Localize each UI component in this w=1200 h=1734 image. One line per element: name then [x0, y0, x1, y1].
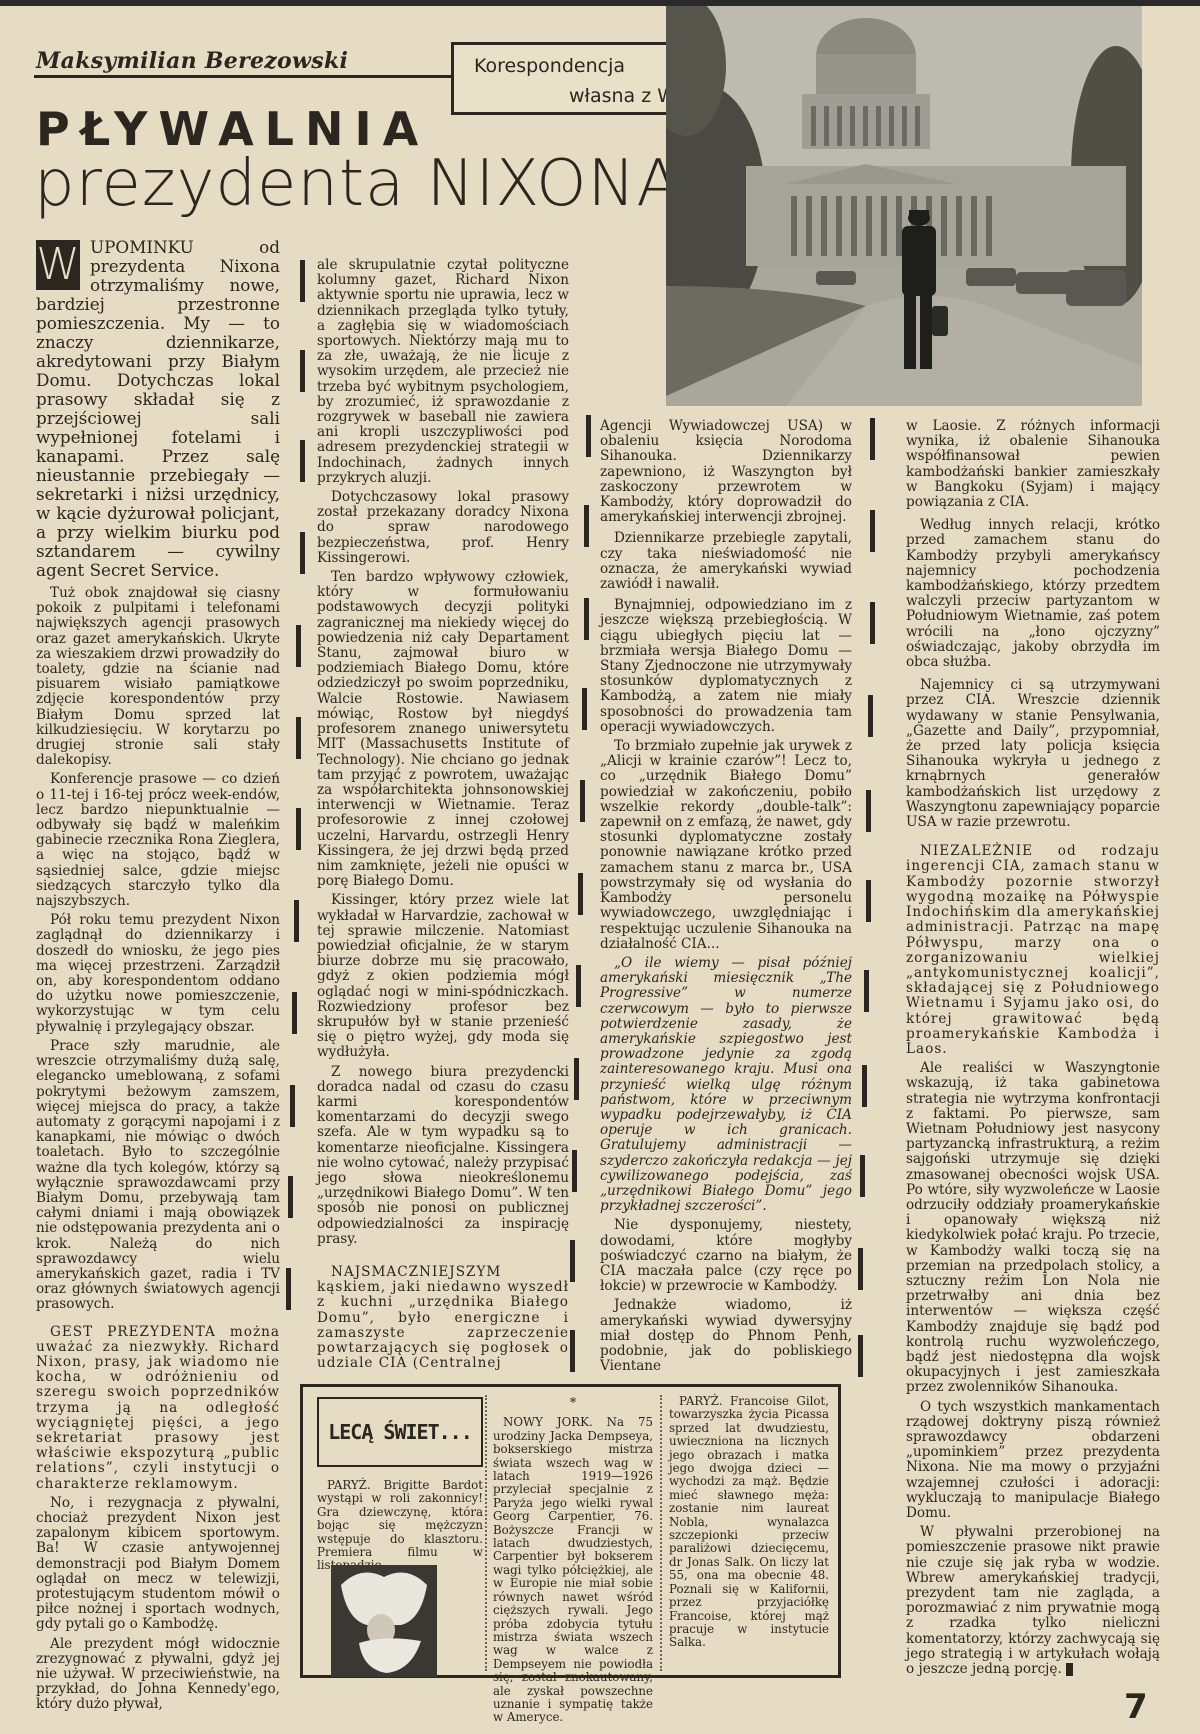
paragraph: Kissinger, który przez wiele lat wykłada… [317, 893, 569, 1060]
article-column-2: ale skrupulatnie czytał polityczne kolum… [317, 258, 569, 1375]
article-column-4: w Laosie. Z różnych informacji wynika, i… [906, 419, 1160, 1681]
column-divider-mark [570, 1240, 575, 1282]
paragraph: W pływalni przerobionej na pomieszczenie… [906, 1525, 1160, 1677]
column-divider-mark [870, 418, 875, 460]
column-divider-mark [296, 625, 301, 667]
column-divider-mark [288, 1176, 293, 1218]
column-divider-mark [864, 970, 869, 1012]
paragraph: No, i rezygnacja z pływalni, chociaż pre… [36, 1496, 280, 1633]
capitol-photo [666, 6, 1142, 406]
sidebox-column-1: PARYŻ. Brigitte Bardot wystąpi w roli za… [317, 1479, 483, 1577]
paragraph: Z nowego biura prezydencki doradca nadal… [317, 1065, 569, 1247]
drop-cap: W [36, 240, 80, 290]
column-divider-mark [870, 510, 875, 552]
column-divider-mark [866, 790, 871, 832]
column-divider-mark [862, 1065, 867, 1107]
news-item-new-york-dempsey: NOWY JORK. Na 75 urodziny Jacka Dempseya… [493, 1416, 653, 1724]
sidebox-dotted-divider [660, 1395, 662, 1671]
column-divider-mark [300, 260, 305, 302]
correspondence-line-1: Korespondencja [474, 55, 625, 77]
paragraph: „O ile wiemy — pisał później amerykański… [600, 956, 852, 1214]
paragraph: Dotychczasowy lokal prasowy został przek… [317, 490, 569, 566]
column-divider-mark [300, 440, 305, 482]
paragraph: Pół roku temu prezydent Nixon zaglądnął … [36, 913, 280, 1035]
byline-rule [34, 75, 452, 78]
sidebox-title-box: LECĄ ŚWIET... [317, 1397, 483, 1467]
news-item-paris-gilot: PARYŻ. Francoise Gilot, towarzyszka życi… [669, 1395, 829, 1650]
article-column-1: W UPOMINKU od prezydenta Nixona otrzymal… [36, 238, 280, 1717]
paragraph: Ale prezydent mógł widocznie zrezygnować… [36, 1637, 280, 1713]
paragraph: ale skrupulatnie czytał polityczne kolum… [317, 258, 569, 486]
column-divider-mark [584, 505, 589, 547]
column-divider-mark [286, 1268, 291, 1310]
article-column-3: Agencji Wywiadowczej USA) w obaleniu ksi… [600, 419, 852, 1378]
author-byline: Maksymilian Berezowski [36, 48, 348, 74]
column-divider-mark [582, 688, 587, 730]
paragraph: w Laosie. Z różnych informacji wynika, i… [906, 419, 1160, 510]
news-sidebox: LECĄ ŚWIET... PARYŻ. Brigitte Bardot wys… [300, 1384, 841, 1678]
nun-portrait-illustration [331, 1565, 437, 1677]
column-divider-mark [570, 1330, 575, 1372]
column-divider-mark [296, 808, 301, 850]
paragraph: Nie dysponujemy, niestety, dowodami, któ… [600, 1218, 852, 1294]
section-lead-paragraph: NIEZALEŻNIE od rodzaju ingerencji CIA, z… [906, 844, 1160, 1057]
column-divider-mark [580, 780, 585, 822]
news-item-paris-bardot: PARYŻ. Brigitte Bardot wystąpi w roli za… [317, 1479, 483, 1573]
paragraph: Bynajmniej, odpowiedziano im z jeszcze w… [600, 598, 852, 735]
column-divider-mark [858, 1248, 863, 1290]
column-divider-mark [860, 1155, 865, 1197]
column-divider-mark [866, 880, 871, 922]
column-divider-mark [300, 350, 305, 392]
capitol-photo-illustration [666, 6, 1142, 406]
column-divider-mark [292, 992, 297, 1034]
paragraph: To brzmiało zupełnie jak urywek z „Alicj… [600, 739, 852, 952]
paragraph: Według innych relacji, krótko przed zama… [906, 518, 1160, 670]
paragraph: Dziennikarze przebiegle zapytali, czy ta… [600, 531, 852, 592]
sidebox-title: LECĄ ŚWIET... [328, 1420, 472, 1444]
paragraph: Najemnicy ci są utrzymywani przez CIA. W… [906, 678, 1160, 830]
column-divider-mark [858, 1335, 863, 1377]
page-number: 7 [1124, 1687, 1148, 1727]
bardot-nun-photo [331, 1565, 437, 1677]
column-divider-mark [296, 717, 301, 759]
sidebox-dotted-divider [485, 1395, 487, 1671]
column-divider-mark [868, 695, 873, 737]
headline-line-2: prezydenta NIXONA [34, 152, 681, 216]
column-divider-mark [586, 415, 591, 457]
column-divider-mark [578, 873, 583, 915]
column-divider-mark [300, 532, 305, 574]
column-divider-mark [574, 1058, 579, 1100]
article-lead-paragraph: W UPOMINKU od prezydenta Nixona otrzymal… [36, 238, 280, 580]
paragraph: Tuż obok znajdował się ciasny pokoik z p… [36, 586, 280, 768]
column-divider-mark [584, 598, 589, 640]
column-divider-mark [576, 965, 581, 1007]
quote-text: „O ile wiemy — pisał później amerykański… [600, 955, 852, 1214]
sidebox-column-2: * NOWY JORK. Na 75 urodziny Jacka Dempse… [493, 1395, 653, 1729]
paragraph: Ale realiści w Waszyngtonie wskazują, iż… [906, 1061, 1160, 1395]
sidebox-column-3: PARYŻ. Francoise Gilot, towarzyszka życi… [669, 1395, 829, 1654]
paragraph: Jednakże wiadomo, iż amerykański wywiad … [600, 1298, 852, 1374]
paragraph: Konferencje prasowe — co dzień o 11-tej … [36, 772, 280, 909]
section-lead-paragraph: NAJSMACZNIEJSZYM kąskiem, jaki niedawno … [317, 1265, 569, 1371]
end-mark-icon [1066, 1663, 1073, 1676]
paragraph: O tych wszystkich mankamentach rządowej … [906, 1400, 1160, 1522]
paragraph: Prace szły marudnie, ale wreszcie otrzym… [36, 1039, 280, 1313]
asterisk-separator: * [493, 1397, 653, 1410]
section-lead-paragraph: GEST PREZYDENTA można uważać za niezwykł… [36, 1325, 280, 1492]
column-divider-mark [572, 1150, 577, 1192]
column-divider-mark [870, 602, 875, 644]
paragraph: Agencji Wywiadowczej USA) w obaleniu ksi… [600, 419, 852, 525]
paragraph-text: W pływalni przerobionej na pomieszczenie… [906, 1524, 1160, 1677]
paragraph: Ten bardzo wpływowy człowiek, który w fo… [317, 570, 569, 889]
column-divider-mark [290, 1085, 295, 1127]
magazine-page: Maksymilian Berezowski Korespondencja wł… [0, 0, 1200, 1734]
column-divider-mark [294, 900, 299, 942]
